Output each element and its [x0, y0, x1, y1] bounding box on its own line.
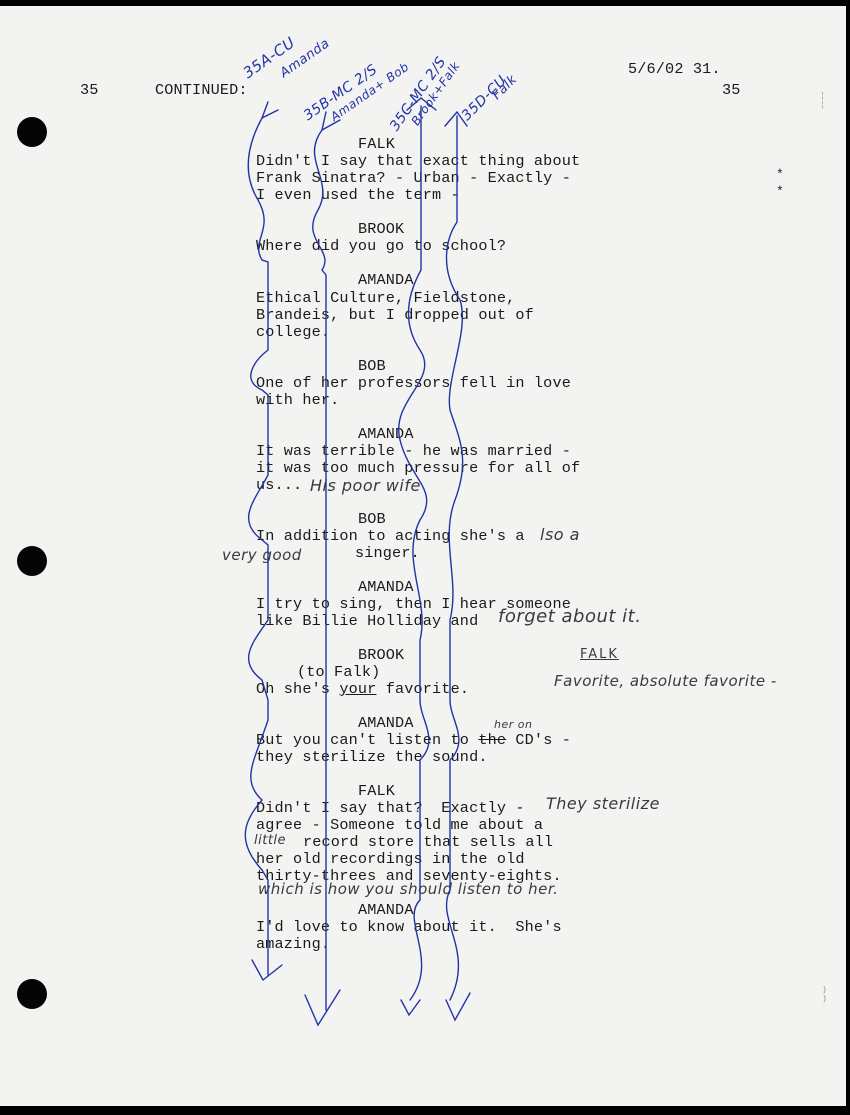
character-name: AMANDA: [358, 579, 414, 596]
character-name: AMANDA: [358, 426, 414, 443]
dialogue-line: I'd love to know about it. She's: [256, 919, 562, 936]
character-name: AMANDA: [358, 272, 414, 289]
dialogue-line: Ethical Culture, Fieldstone,: [256, 290, 515, 307]
parenthetical: (to Falk): [297, 664, 380, 681]
character-name: BROOK: [358, 647, 404, 664]
handwritten-note: her on: [494, 718, 532, 731]
struck-word: the: [478, 731, 506, 749]
date-page: 5/6/02 31.: [628, 61, 721, 78]
dialogue-line: Where did you go to school?: [256, 238, 506, 255]
character-name: BROOK: [358, 221, 404, 238]
hole-punch: [17, 979, 47, 1009]
handwritten-note: His poor wife: [310, 476, 421, 495]
character-name: AMANDA: [358, 902, 414, 919]
script-page: 35 CONTINUED: 5/6/02 31. 35 * * FALK Did…: [0, 6, 846, 1106]
revision-mark: *: [776, 166, 784, 183]
dialogue-line: it was too much pressure for all of: [256, 460, 580, 477]
dialogue-line: But you can't listen to the CD's -: [256, 732, 571, 749]
hole-punch: [17, 117, 47, 147]
scene-number-right: 35: [722, 82, 741, 99]
continued-label: CONTINUED:: [155, 82, 248, 99]
character-name: AMANDA: [358, 715, 414, 732]
dialogue-line: her old recordings in the old: [256, 851, 525, 868]
handwritten-note: which is how you should listen to her.: [258, 880, 558, 898]
handwritten-note: They sterilize: [546, 794, 660, 813]
handwritten-note: FALK: [580, 647, 619, 662]
dialogue-line: Frank Sinatra? - Urban - Exactly -: [256, 170, 571, 187]
underlined-word: your: [339, 680, 376, 698]
character-name: FALK: [358, 136, 395, 153]
dialogue-line: record store that sells all: [303, 834, 553, 851]
dialogue-line: Oh she's your favorite.: [256, 681, 469, 698]
dialogue-line: they sterilize the sound.: [256, 749, 488, 766]
handwritten-note: Favorite, absolute favorite -: [554, 672, 777, 690]
dialogue-line: I even used the term -: [256, 187, 460, 204]
dialogue-line: Didn't I say that? Exactly -: [256, 800, 525, 817]
dialogue-line: One of her professors fell in love: [256, 375, 571, 392]
dialogue-line: Brandeis, but I dropped out of: [256, 307, 534, 324]
handwritten-note: little: [254, 833, 286, 848]
revision-mark: *: [776, 183, 784, 200]
dialogue-line: It was terrible - he was married -: [256, 443, 571, 460]
scan-mark: )): [822, 986, 827, 1004]
dialogue-line: amazing.: [256, 936, 330, 953]
dialogue-line: like Billie Holliday and: [256, 613, 478, 630]
handwritten-note: lso a: [540, 525, 580, 544]
dialogue-line: singer.: [355, 545, 420, 562]
character-name: FALK: [358, 783, 395, 800]
dialogue-line: Didn't I say that exact thing about: [256, 153, 580, 170]
handwritten-note: forget about it.: [498, 606, 641, 627]
handwritten-note: very good: [222, 546, 302, 564]
dialogue-line: agree - Someone told me about a: [256, 817, 543, 834]
dialogue-line: us...: [256, 477, 302, 494]
character-name: BOB: [358, 358, 386, 375]
dialogue-line: with her.: [256, 392, 339, 409]
scene-number-left: 35: [80, 82, 99, 99]
scan-mark: ¦¦: [820, 92, 825, 110]
dialogue-line: college.: [256, 324, 330, 341]
character-name: BOB: [358, 511, 386, 528]
hole-punch: [17, 546, 47, 576]
dialogue-line: In addition to acting she's a: [256, 528, 525, 545]
